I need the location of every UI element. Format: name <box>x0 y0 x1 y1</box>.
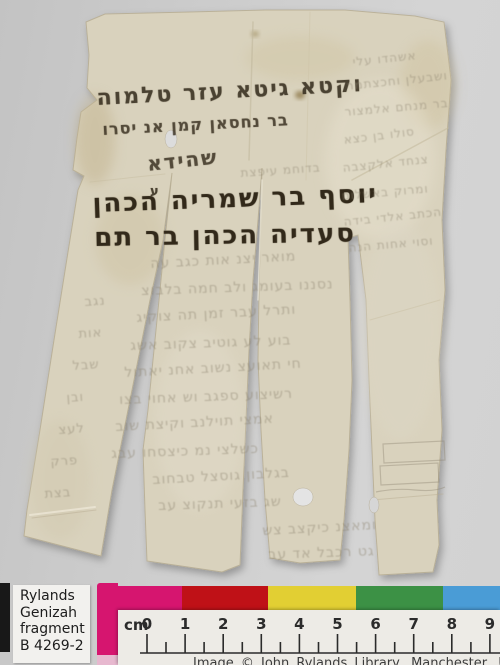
colorbar-green <box>356 586 443 612</box>
manuscript-fragment <box>0 0 500 665</box>
calibration-black-patch <box>0 583 10 652</box>
colorbar-red <box>182 586 268 612</box>
label-line-shelfmark: B 4269-2 <box>20 638 90 655</box>
fragment-id-label: Rylands Genizah fragment B 4269-2 <box>13 585 90 663</box>
label-line-collection: Genizah <box>20 605 90 622</box>
photo-canvas: וקטא גיטא עזר טלמוהבר נחסאן קמן אנ יסרוש… <box>0 0 500 665</box>
colorbar-magenta-column <box>97 583 118 658</box>
ruler-tick-path <box>140 634 500 653</box>
colorbar-yellow <box>268 586 356 612</box>
colorbar-blue <box>443 586 500 612</box>
label-line-collection: Rylands <box>20 588 90 605</box>
label-line-type: fragment <box>20 621 90 638</box>
colorbar-magenta <box>117 586 182 612</box>
image-credit: Image © John Rylands Library, Manchester… <box>193 656 500 665</box>
colorbar-magenta-sliver <box>97 655 118 665</box>
